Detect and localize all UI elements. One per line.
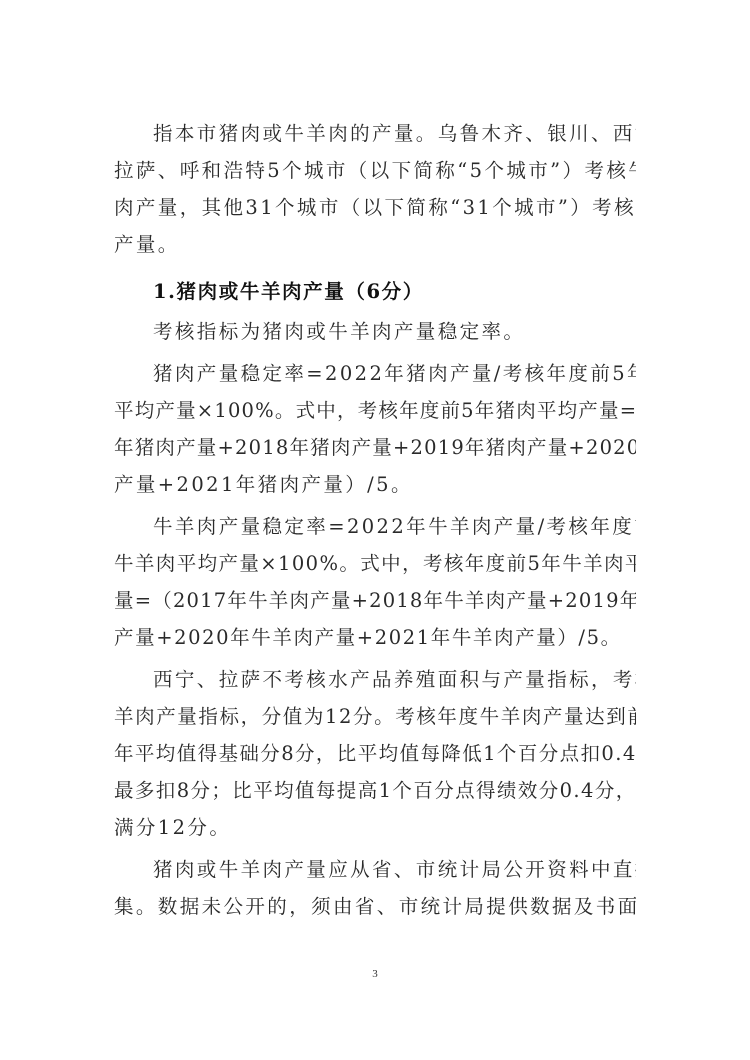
- paragraph-line: 平均产量×100%。式中，考核年度前5年猪肉平均产量=（2017: [114, 392, 636, 429]
- paragraph-line: 满分12分。: [114, 809, 636, 846]
- paragraph-line: 年猪肉产量+2018年猪肉产量+2019年猪肉产量+2020年猪肉: [114, 429, 636, 466]
- page-number: 3: [0, 968, 750, 980]
- paragraph-line: 羊肉产量指标，分值为12分。考核年度牛羊肉产量达到前5: [114, 698, 636, 735]
- paragraph-line: 拉萨、呼和浩特5个城市（以下简称“5个城市”）考核牛羊: [114, 152, 636, 189]
- paragraph-line: 集。数据未公开的，须由省、市统计局提供数据及书面证明。: [114, 888, 636, 925]
- paragraph-line: 西宁、拉萨不考核水产品养殖面积与产量指标，考核牛: [153, 661, 636, 698]
- paragraph-line: 年平均值得基础分8分，比平均值每降低1个百分点扣0.4分，: [114, 735, 636, 772]
- paragraph-line: 牛羊肉平均产量×100%。式中，考核年度前5年牛羊肉平均产: [114, 545, 636, 582]
- paragraph-line: 产量+2020年牛羊肉产量+2021年牛羊肉产量）/5。: [114, 619, 636, 656]
- paragraph-line: 产量。: [114, 226, 636, 263]
- paragraph-line: 量=（2017年牛羊肉产量+2018年牛羊肉产量+2019年牛羊肉: [114, 582, 636, 619]
- paragraph-line: 考核指标为猪肉或牛羊肉产量稳定率。: [153, 313, 636, 350]
- paragraph-line: 指本市猪肉或牛羊肉的产量。乌鲁木齐、银川、西宁、: [153, 115, 636, 152]
- paragraph-line: 牛羊肉产量稳定率=2022年牛羊肉产量/考核年度前5年: [153, 508, 636, 545]
- document-page: 指本市猪肉或牛羊肉的产量。乌鲁木齐、银川、西宁、 拉萨、呼和浩特5个城市（以下简…: [0, 0, 750, 1060]
- paragraph-line: 猪肉产量稳定率=2022年猪肉产量/考核年度前5年猪肉: [153, 355, 636, 392]
- paragraph-line: 肉产量，其他31个城市（以下简称“31个城市”）考核猪肉: [114, 189, 636, 226]
- paragraph-line: 产量+2021年猪肉产量）/5。: [114, 466, 636, 503]
- paragraph-line: 最多扣8分；比平均值每提高1个百分点得绩效分0.4分，直至: [114, 772, 636, 809]
- section-heading: 1.猪肉或牛羊肉产量（6分）: [153, 273, 636, 310]
- paragraph-line: 猪肉或牛羊肉产量应从省、市统计局公开资料中直接采: [153, 851, 636, 888]
